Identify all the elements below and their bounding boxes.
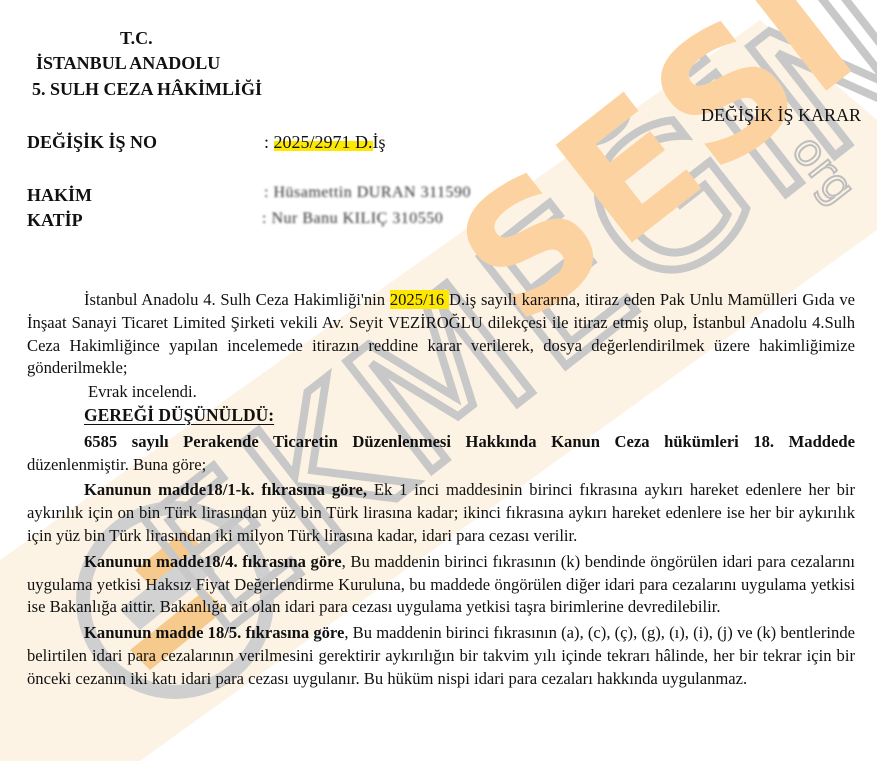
paragraph-article-18-5: Kanunun madde 18/5. fıkrasına göre, Bu m… — [27, 622, 855, 690]
paragraph-article-18-1k: Kanunun madde18/1-k. fıkrasına göre, Ek … — [27, 479, 855, 547]
document-page: T.C. İSTANBUL ANADOLU 5. SULH CEZA HÂKİM… — [0, 0, 877, 761]
paragraph-objection: İstanbul Anadolu 4. Sulh Ceza Hakimliği'… — [27, 289, 855, 380]
paragraph-article-18-4: Kanunun madde18/4. fıkrasına göre, Bu ma… — [27, 551, 855, 619]
header-court: 5. SULH CEZA HÂKİMLİĞİ — [32, 79, 262, 100]
case-number: : 2025/2971 D.İş — [264, 132, 386, 153]
clerk-name-redacted: : Nur Banu KILIÇ 310550 — [262, 210, 443, 228]
decision-body: İstanbul Anadolu 4. Sulh Ceza Hakimliği'… — [27, 289, 855, 691]
judge-name-redacted: : Hüsamettin DURAN 311590 — [264, 184, 471, 202]
document-type: DEĞİŞİK İŞ KARAR — [701, 105, 861, 126]
reference-highlight: 2025/16 — [390, 290, 449, 309]
judge-label: HAKİM — [27, 185, 92, 206]
header-tc: T.C. — [120, 28, 153, 49]
case-number-label: DEĞİŞİK İŞ NO — [27, 132, 157, 153]
case-number-highlight: 2025/2971 D. — [274, 132, 373, 152]
paragraph-examined: Evrak incelendi. — [27, 381, 855, 404]
paragraph-law: 6585 sayılı Perakende Ticaretin Düzenlen… — [27, 431, 855, 477]
section-heading: GEREĞİ DÜŞÜNÜLDÜ: — [27, 404, 855, 428]
header-city: İSTANBUL ANADOLU — [36, 53, 220, 74]
clerk-label: KATİP — [27, 210, 83, 231]
